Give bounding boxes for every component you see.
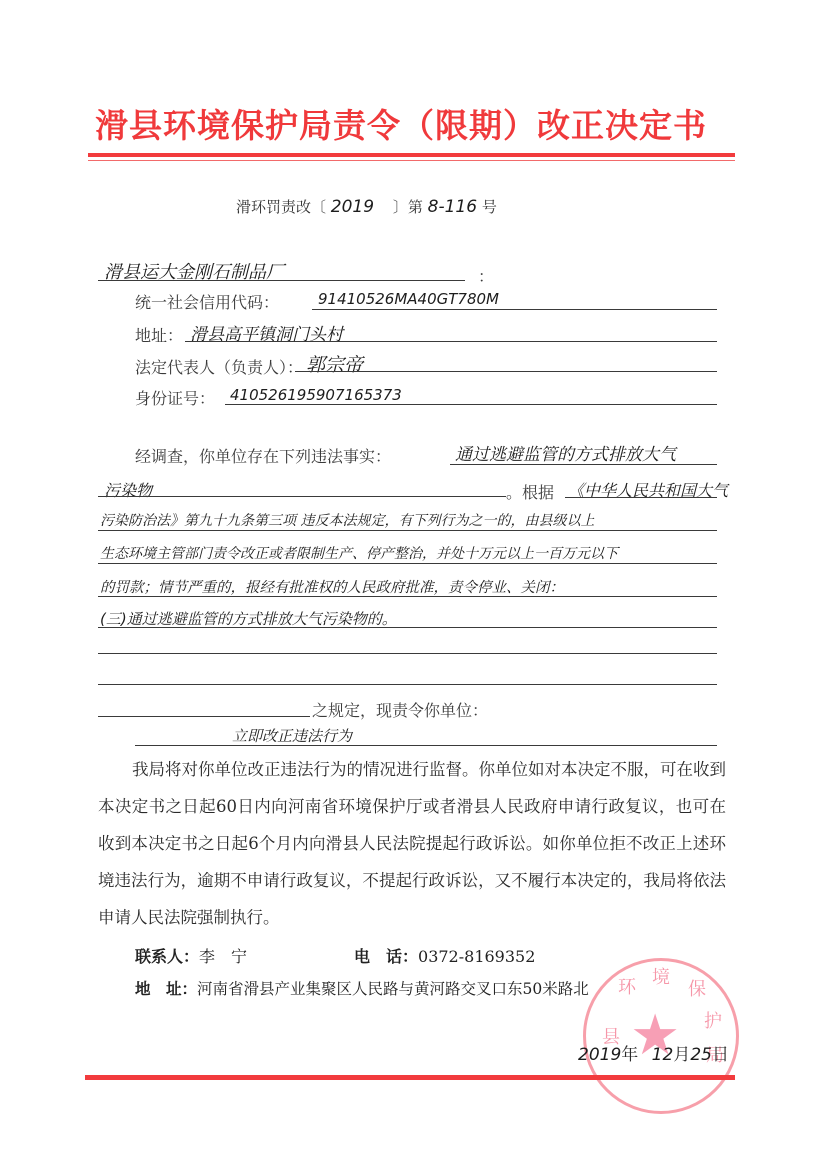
date-month-suffix: 月 <box>673 1045 690 1065</box>
contact-person: 联系人：李 宁 <box>135 944 247 967</box>
seal-char: 环 <box>618 973 636 999</box>
seal-char: 护 <box>704 1007 722 1033</box>
basis-line5-rule <box>98 627 717 628</box>
doc-number-prefix: 滑环罚责改〔 <box>236 198 326 216</box>
contact-address: 地 址：河南省滑县产业集聚区人民路与黄河路交叉口东50米路北 <box>135 977 589 999</box>
official-seal: 县 环 境 保 护 局 ★ <box>583 958 739 1114</box>
blank-line-1 <box>98 653 717 654</box>
order-basis-rule <box>98 716 310 717</box>
basis-line5: (三)通过逃避监管的方式排放大气污染物的。 <box>100 608 397 629</box>
legal-rep-label: 法定代表人（负责人）： <box>135 355 303 378</box>
id-number-value: 410526195907165373 <box>230 386 402 404</box>
date-year-suffix: 年 <box>621 1045 638 1065</box>
basis-line4-rule <box>98 596 717 597</box>
document-title: 滑县环境保护局责令（限期）改正决定书 <box>95 100 735 147</box>
contact-phone-label: 电 话： <box>354 947 418 966</box>
id-number-label: 身份证号： <box>135 386 215 409</box>
date-month: 12 <box>652 1045 674 1065</box>
recipient-colon: ： <box>478 264 494 287</box>
footer-rule <box>85 1075 735 1080</box>
contact-address-value: 河南省滑县产业集聚区人民路与黄河路交叉口东50米路北 <box>197 980 589 998</box>
violation-fact-line1: 通过逃避监管的方式排放大气 <box>455 440 676 465</box>
doc-number-value: 8-116 <box>428 197 477 217</box>
basis-line2-rule <box>98 530 717 531</box>
recipient-name-line <box>98 280 465 281</box>
document-number: 滑环罚责改〔 2019 〕第 8-116 号 <box>236 196 497 217</box>
order-value: 立即改正违法行为 <box>232 725 352 746</box>
date-day-suffix: 日 <box>712 1045 729 1065</box>
basis-line1-rule <box>565 497 717 498</box>
basis-line3-rule <box>98 563 717 564</box>
address-line <box>185 341 717 342</box>
credit-code-label: 统一社会信用代码： <box>135 290 279 313</box>
title-rule-thick <box>88 153 735 157</box>
date-year: 2019 <box>578 1045 621 1065</box>
basis-line4: 的罚款；情节严重的，报经有批准权的人民政府批准，责令停业、关闭： <box>100 576 564 597</box>
doc-number-year: 2019 <box>331 197 374 217</box>
violation-fact-line2: 污染物 <box>104 478 152 501</box>
order-value-rule <box>135 745 717 746</box>
fact-line2-rule <box>98 496 506 497</box>
address-label: 地址： <box>135 323 183 346</box>
doc-number-suffix: 号 <box>482 198 497 216</box>
contact-address-label: 地 址： <box>135 979 197 998</box>
fact-line1-rule <box>450 464 717 465</box>
seal-char: 保 <box>688 975 706 1001</box>
basis-label: 。根据 <box>506 480 554 503</box>
issue-date: 2019年 12月25日 <box>578 1040 729 1065</box>
contact-phone: 电 话：0372-8169352 <box>354 944 535 967</box>
credit-code-value: 91410526MA40GT780M <box>318 290 499 308</box>
order-label: 之规定，现责令你单位： <box>312 698 488 721</box>
title-rule-thin <box>88 160 735 161</box>
contact-phone-value: 0372-8169352 <box>418 947 535 966</box>
contact-person-value: 李 宁 <box>199 947 247 966</box>
contact-person-label: 联系人： <box>135 947 199 966</box>
seal-char: 境 <box>652 963 670 989</box>
legal-rep-value: 郭宗帝 <box>306 350 363 377</box>
violation-intro: 经调查，你单位存在下列违法事实： <box>135 444 391 467</box>
notice-paragraph: 我局将对你单位改正违法行为的情况进行监督。你单位如对本决定不服，可在收到本决定书… <box>98 751 726 936</box>
legal-rep-line <box>295 371 717 372</box>
blank-line-2 <box>98 684 717 685</box>
date-day: 25 <box>690 1045 712 1065</box>
basis-line2: 污染防治法》第九十九条第三项 违反本法规定，有下列行为之一的，由县级以上 <box>100 510 594 530</box>
basis-line3: 生态环境主管部门责令改正或者限制生产、停产整治，并处十万元以上一百万元以下 <box>100 543 618 563</box>
credit-code-line <box>312 309 717 310</box>
id-number-line <box>225 404 717 405</box>
doc-number-middle: 〕第 <box>393 198 423 216</box>
